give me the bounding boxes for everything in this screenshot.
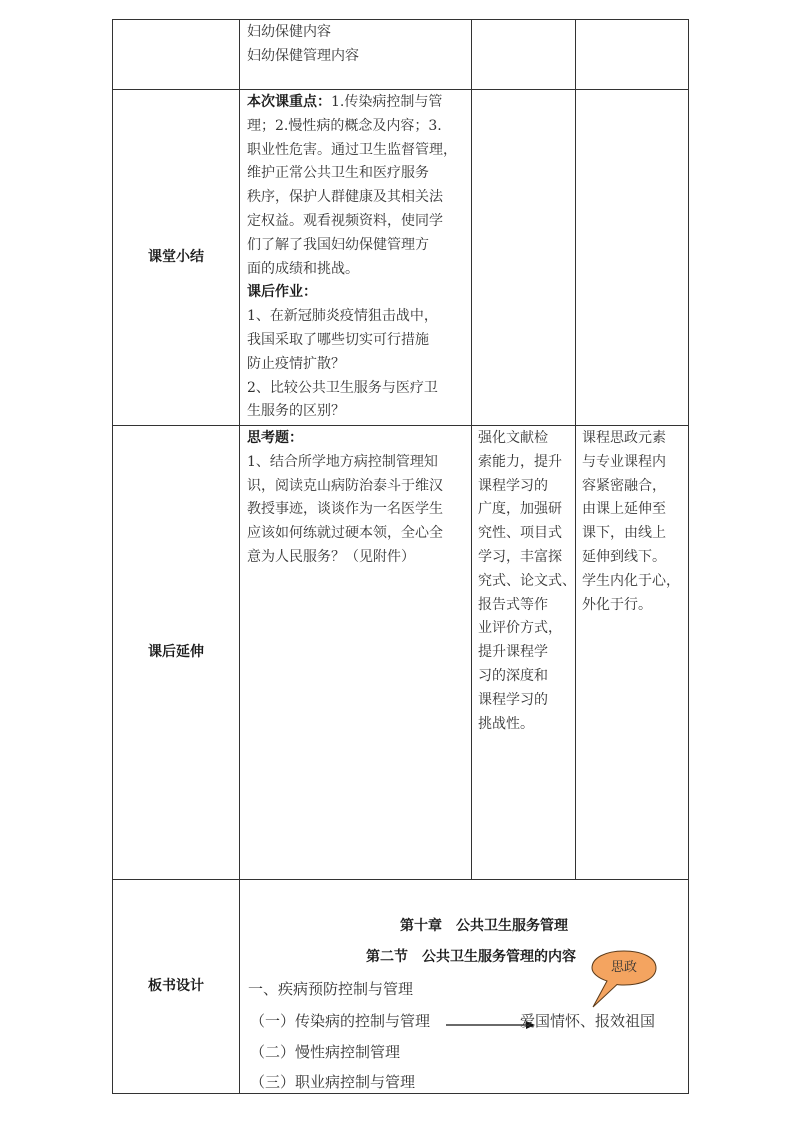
key-points-heading: 本次课重点： <box>247 94 331 110</box>
question-line: 教授事迹，谈谈作为一名医学生 <box>247 498 467 522</box>
method-line: 挑战性。 <box>478 713 572 737</box>
method-line: 学习，丰富探 <box>478 546 572 570</box>
key-points-line: 维护正常公共卫生和医疗服务 <box>247 162 467 186</box>
method-line: 索能力，提升 <box>478 451 572 475</box>
homework-line: 生服务的区别？ <box>247 400 467 424</box>
method-line: 究式、论文式、 <box>478 570 572 594</box>
lesson-plan-table: 妇幼保健内容 妇幼保健管理内容 课堂小结 本次课重点：1.传染病控制与管 理；2… <box>112 19 689 1094</box>
board-item: （三）职业病控制与管理 <box>250 1071 415 1095</box>
method-line: 报告式等作 <box>478 594 572 618</box>
method-line: 课程学习的 <box>478 689 572 713</box>
board-item: （二）慢性病控制管理 <box>250 1041 400 1065</box>
homework-line: 防止疫情扩散？ <box>247 353 467 377</box>
homework-line: 2、比较公共卫生服务与医疗卫 <box>247 377 467 401</box>
ideology-line: 课下，由线上 <box>582 522 685 546</box>
key-points-line: 定权益。观看视频资料，使同学 <box>247 210 467 234</box>
method-line: 广度，加强研 <box>478 498 572 522</box>
row-label-summary: 课堂小结 <box>113 90 240 426</box>
question-line: 1、结合所学地方病控制管理知 <box>247 451 467 475</box>
empty-cell <box>576 20 689 90</box>
ideology-line: 课程思政元素 <box>582 427 685 451</box>
content-line: 妇幼保健管理内容 <box>247 45 467 69</box>
content-line: 妇幼保健内容 <box>247 21 467 45</box>
method-line: 提升课程学 <box>478 641 572 665</box>
ideology-line: 容紧密融合， <box>582 475 685 499</box>
homework-line: 我国采取了哪些切实可行措施 <box>247 329 467 353</box>
chapter-title: 第十章 公共卫生服务管理 <box>240 915 688 939</box>
arrow-target-text: 爱国情怀、报效祖国 <box>520 1010 655 1034</box>
empty-cell <box>472 20 576 90</box>
method-line: 业评价方式， <box>478 617 572 641</box>
method-line: 强化文献检 <box>478 427 572 451</box>
ideology-line: 学生内化于心， <box>582 570 685 594</box>
homework-heading: 课后作业： <box>247 281 467 305</box>
table-row-continuation: 妇幼保健内容 妇幼保健管理内容 <box>113 20 689 90</box>
key-points-line: 本次课重点：1.传染病控制与管 <box>247 91 467 115</box>
method-line: 习的深度和 <box>478 665 572 689</box>
ideology-line: 外化于行。 <box>582 594 685 618</box>
empty-cell <box>576 90 689 426</box>
question-line: 应该如何练就过硬本领，全心全 <box>247 522 467 546</box>
board-design-cell: 第十章 公共卫生服务管理 第二节 公共卫生服务管理的内容 一、疾病预防控制与管理… <box>240 880 689 1094</box>
table-row-board-design: 板书设计 第十章 公共卫生服务管理 第二节 公共卫生服务管理的内容 一、疾病预防… <box>113 880 689 1094</box>
ideology-callout: 思政 <box>591 950 657 986</box>
ideology-line: 延伸到线下。 <box>582 546 685 570</box>
board-design: 第十章 公共卫生服务管理 第二节 公共卫生服务管理的内容 一、疾病预防控制与管理… <box>240 880 688 1093</box>
question-line: 意为人民服务？（见附件） <box>247 546 467 570</box>
question-heading: 思考题： <box>247 427 467 451</box>
method-line: 究性、项目式 <box>478 522 572 546</box>
key-points-line: 们了解了我国妇幼保健管理方 <box>247 234 467 258</box>
table-row-summary: 课堂小结 本次课重点：1.传染病控制与管 理；2.慢性病的概念及内容；3. 职业… <box>113 90 689 426</box>
key-points-line: 秩序，保护人群健康及其相关法 <box>247 186 467 210</box>
key-points-line: 面的成绩和挑战。 <box>247 258 467 282</box>
key-points-line: 职业性危害。通过卫生监督管理， <box>247 139 467 163</box>
row-label-board-design: 板书设计 <box>113 880 240 1094</box>
key-points-line: 理；2.慢性病的概念及内容；3. <box>247 115 467 139</box>
method-line: 课程学习的 <box>478 475 572 499</box>
board-heading: 一、疾病预防控制与管理 <box>248 978 413 1002</box>
extension-content-cell: 思考题： 1、结合所学地方病控制管理知 识，阅读克山病防治泰斗于维汉 教授事迹，… <box>240 426 472 880</box>
method-cell: 强化文献检 索能力，提升 课程学习的 广度，加强研 究性、项目式 学习，丰富探 … <box>472 426 576 880</box>
content-cell: 妇幼保健内容 妇幼保健管理内容 <box>240 20 472 90</box>
ideology-line: 由课上延伸至 <box>582 498 685 522</box>
row-label-extension: 课后延伸 <box>113 426 240 880</box>
ideology-line: 与专业课程内 <box>582 451 685 475</box>
homework-line: 1、在新冠肺炎疫情狙击战中， <box>247 305 467 329</box>
summary-content-cell: 本次课重点：1.传染病控制与管 理；2.慢性病的概念及内容；3. 职业性危害。通… <box>240 90 472 426</box>
empty-cell <box>472 90 576 426</box>
table-row-extension: 课后延伸 思考题： 1、结合所学地方病控制管理知 识，阅读克山病防治泰斗于维汉 … <box>113 426 689 880</box>
question-line: 识，阅读克山病防治泰斗于维汉 <box>247 475 467 499</box>
callout-label: 思政 <box>591 950 657 986</box>
row-label <box>113 20 240 90</box>
ideology-cell: 课程思政元素 与专业课程内 容紧密融合， 由课上延伸至 课下，由线上 延伸到线下… <box>576 426 689 880</box>
board-item: （一）传染病的控制与管理 <box>250 1010 430 1034</box>
